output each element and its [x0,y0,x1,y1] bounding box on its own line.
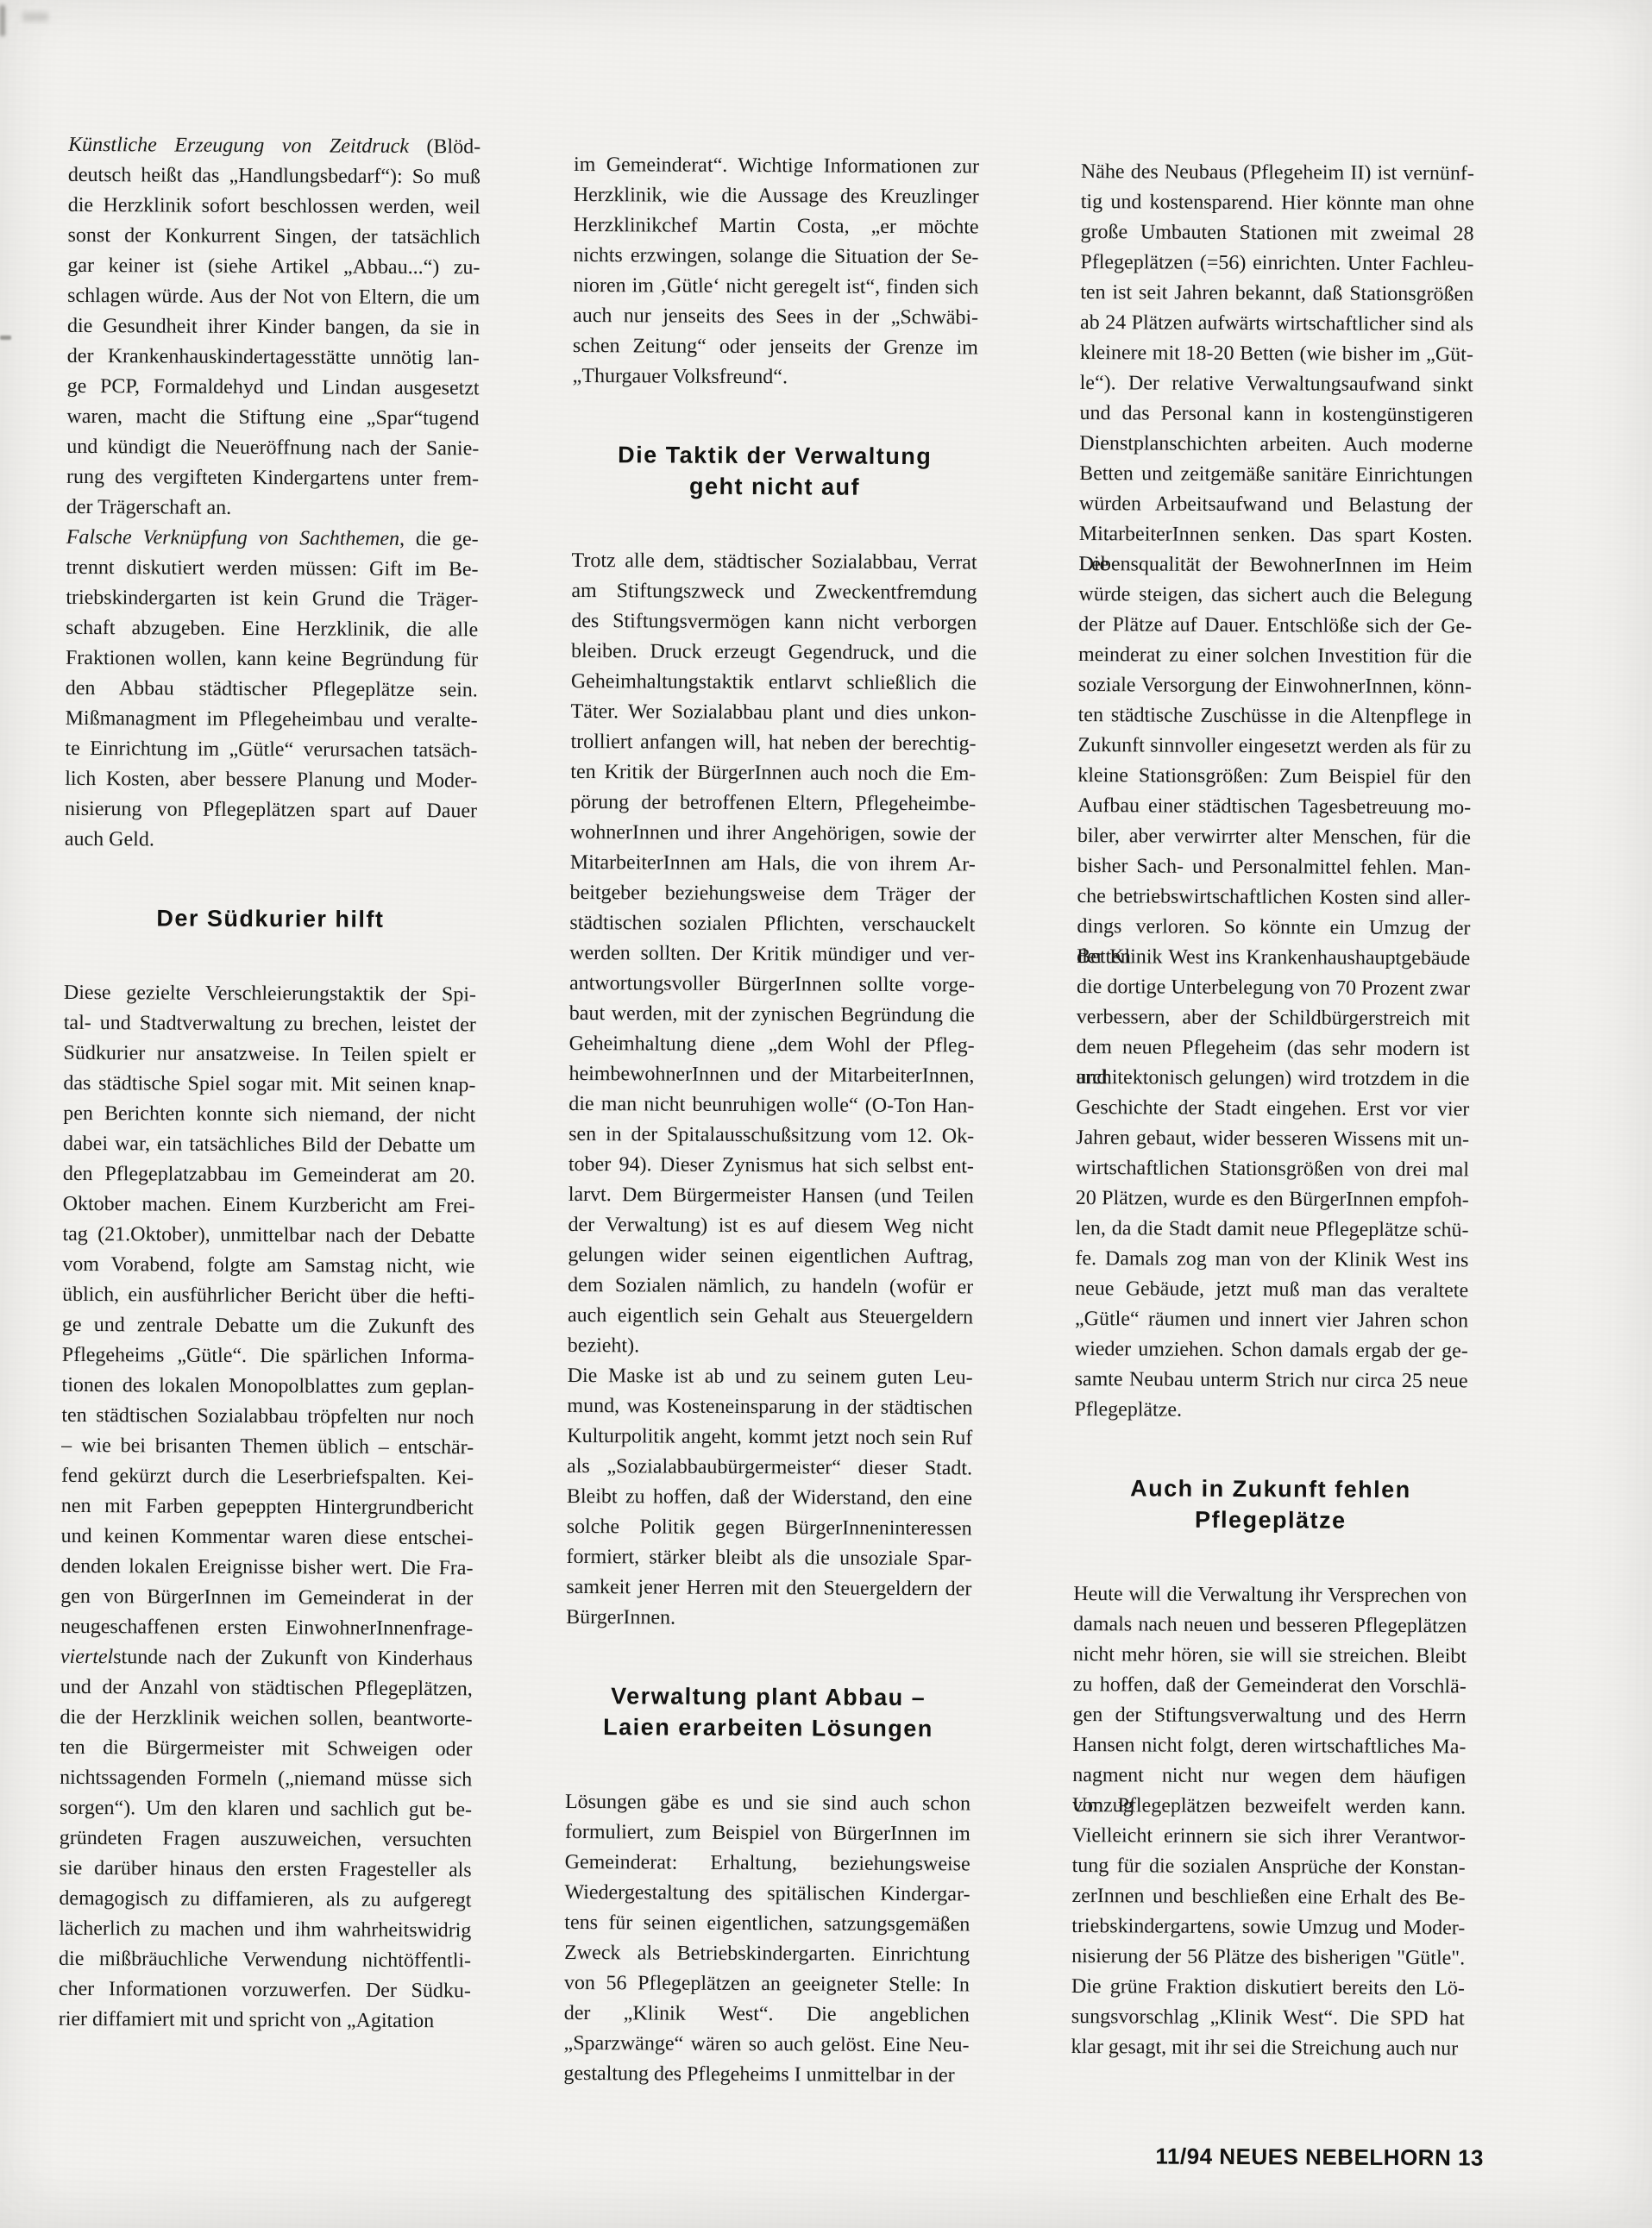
text-line: larvt. Dem Bürgermeister Hansen (und Tei… [568,1180,974,1212]
text-line: als „Sozialabbaubürgermeister“ dieser St… [567,1452,972,1484]
text-line: „Gütle“ räumen und innert vier Jahren sc… [1075,1304,1468,1336]
heading-line: Laien erarbeiten Lösungen [565,1711,970,1744]
text-line: die dortige Unterbelegung von 70 Prozent… [1077,972,1470,1004]
text-line: des Stiftungsvermögen kann nicht verborg… [571,606,977,638]
text-line: der Krankenhauskindertagesstätte unnötig… [67,342,480,374]
text-line: kleinere mit 18-20 Betten (wie bisher im… [1080,338,1473,370]
text-line: ge PCP, Formaldehyd und Lindan ausgesetz… [67,372,480,405]
text-line: würden Arbeitsaufwand und Belastung der [1079,489,1473,521]
text-line: tens für seinen eigentlichen, satzungsge… [564,1908,970,1940]
text-line: denden lokalen Ereignisse bisher wert. D… [60,1552,473,1585]
text-line: dabei war, ein tatsächliches Bild der De… [63,1129,475,1162]
text-line: Betten und zeitgemäße sanitäre Einrichtu… [1079,459,1473,491]
text-line: ten die Bürgermeister mit Schweigen oder [60,1733,472,1766]
text-line: dem neuen Pflegeheim (das sehr modern is… [1077,1032,1470,1064]
text-line: Kulturpolitik angeht, kommt jetzt noch s… [567,1422,972,1453]
text-line: Zukunft sinnvoller eingesetzt werden als… [1077,731,1471,763]
text-line: sorgen“). Um den klaren und sachlich gut… [60,1793,472,1826]
text-line: den Pflegeplatzabbau im Gemeinderat am 2… [63,1159,475,1192]
text-line: auch nur jenseits des Sees in der „Schwä… [573,301,978,333]
text-line: ten Kritik der BürgerInnen auch noch die… [570,757,976,789]
text-line: und das Personal kann in kostengünstiger… [1079,399,1473,430]
text-line: ten städtischen Sozialabbau tröpfelten n… [61,1401,474,1434]
text-line: zu hoffen, daß der Gemeinderat den Vorsc… [1073,1670,1467,1702]
text-line: Die grüne Fraktion diskutiert bereits de… [1071,1972,1465,2004]
text-line: Pflegeplätze. [1074,1395,1467,1427]
text-line: Wiedergestaltung des spitälischen Kinder… [564,1878,970,1910]
text-line: gen der Stiftungsverwaltung und des Herr… [1073,1700,1467,1732]
text-line: ten ist seit Jahren bekannt, daß Station… [1080,278,1473,310]
text-line: Lebensqualität der BewohnerInnen im Heim [1078,549,1472,581]
text-line: samkeit jener Herren mit den Steuergelde… [566,1572,971,1604]
text-line: nisierung der 56 Plätze des bisherigen "… [1071,1942,1465,1974]
text-line: demagogisch zu diffamieren, als zu aufge… [59,1884,471,1917]
text-line: waren, macht die Stiftung eine „Spar“tug… [66,402,479,435]
text-line: Gemeinderat: Erhaltung, beziehungsweise [565,1848,970,1880]
text-line: gestaltung des Pflegeheims I unmittelbar… [563,2059,969,2091]
text-line: architektonisch gelungen) wird trotzdem … [1076,1063,1469,1095]
text-line: nichts erzwingen, solange die Situation … [573,241,978,273]
text-line: gar keiner ist (siehe Artikel „Abbau...“… [67,251,480,284]
text-line: wirtschaftlichen Stationsgrößen von drei… [1076,1153,1469,1185]
text-line: wohnerInnen und ihrer Angehörigen, sowie… [570,818,976,850]
text-line: schen Zeitung“ oder jenseits der Grenze … [573,331,978,363]
text-line: te Einrichtung im „Gütle“ verursachen ta… [65,734,477,767]
text-line: kleine Stationsgrößen: Zum Beispiel für … [1077,761,1471,793]
text-line: soziale Versorgung der EinwohnerInnen, k… [1078,670,1472,702]
text-line: trolliert anfangen will, hat neben der b… [570,727,976,759]
text-line: tag (21.Oktober), unmittelbar nach der D… [62,1220,474,1252]
heading-line: geht nicht auf [572,470,977,503]
text-line: Bleibt zu hoffen, daß der Widerstand, de… [567,1482,972,1514]
text-line: Herzklinik, wie die Aussage des Kreuzlin… [574,180,979,212]
text-line: zerInnen und beschließen eine Erhalt des… [1071,1881,1465,1913]
text-line: von Pflegeplätzen bezweifelt werden kann… [1072,1791,1466,1823]
text-line: große Umbauten Stationen mit zweimal 28 [1081,217,1474,249]
paragraph: im Gemeinderat“. Wichtige Informationen … [573,150,979,393]
text-line: die man nicht beunruhigen wolle“ (O-Ton … [568,1089,974,1121]
text-line: cher Informationen vorzuwerfen. Der Südk… [59,1974,471,2007]
page-footer: 11/94 NEUES NEBELHORN 13 [1155,2143,1484,2171]
text-line: auch Geld. [65,825,477,857]
text-line: bisher Sach- und Personalmittel fehlen. … [1077,851,1471,883]
text-line: – wie bei brisanten Themen üblich – ents… [61,1431,474,1464]
text-line: pörung der betroffenen Eltern, Pflegehei… [570,788,976,819]
text-line: der Trägerschaft an. [66,493,479,525]
text-line: Geschichte der Stadt eingehen. Erst vor … [1076,1093,1469,1125]
text-line: tung für die sozialen Ansprüche der Kons… [1072,1851,1466,1883]
heading-line: Verwaltung plant Abbau – [566,1680,971,1713]
text-line: nichtssagenden Formeln („niemand müsse s… [60,1763,472,1796]
text-line: dem Sozialen nämlich, zu handeln (wofür … [568,1271,973,1302]
text-line: nagment nicht nur wegen dem häufigen Umz… [1072,1760,1466,1792]
text-line: und der Anzahl von städtischen Pflegeplä… [60,1673,473,1705]
text-line: Dienstplanschichten arbeiten. Auch moder… [1079,429,1473,461]
paragraph: Nähe des Neubaus (Pflegeheim II) ist ver… [1074,157,1474,1427]
text-line: schlagen würde. Aus der Not von Eltern, … [67,281,480,314]
heading-line: Die Taktik der Verwaltung [572,439,977,472]
text-line: Pflegeplätzen (=56) einrichten. Unter Fa… [1080,248,1473,279]
text-line: vom Vorabend, folgte am Samstag nicht, w… [62,1250,474,1283]
text-line: den Abbau städtischer Pflegeplätze sein. [66,674,478,706]
section-heading: Verwaltung plant Abbau –Laien erarbeiten… [565,1680,970,1744]
text-line: tober 94). Dieser Zynismus hat sich selb… [568,1150,974,1182]
text-line: nen mit Farben gepeppten Hintergrundberi… [61,1491,474,1524]
text-line: lich Kosten, aber bessere Planung und Mo… [65,764,477,797]
text-line: städtischen sozialen Pflichten, verschau… [569,908,975,940]
text-line: Herzklinikchef Martin Costa, „er möchte [574,210,979,242]
text-line: üblich, ein ausführlicher Bericht über d… [62,1280,474,1313]
text-line: Zweck als Betriebskindergarten. Einricht… [564,1938,970,1970]
paragraph: Künstliche Erzeugung von Zeitdruck (Blöd… [66,130,481,524]
text-line: meinderat zu einer solchen Investition f… [1078,640,1472,672]
text-line: gründeten Fragen auszuweichen, versuchte… [60,1823,472,1856]
text-line: werden sollten. Der Kritik mündiger und … [569,938,975,970]
scanned-newspaper-page: Künstliche Erzeugung von Zeitdruck (Blöd… [0,0,1652,2228]
paragraph: Diese gezielte Verschleierungstaktik der… [59,978,476,2037]
text-line: der „Klinik West“. Die angeblichen [564,1999,970,2030]
text-line: antwortungsvoller BürgerInnen sollte vor… [569,969,975,1001]
text-line: schaft abzugeben. Eine Herzklinik, die a… [66,613,478,646]
text-line: der Verwaltung) ist es auf diesem Weg ni… [568,1210,973,1242]
text-line: Geheimhaltungstaktik entlarvt schließlic… [571,667,977,699]
text-line: samte Neubau unterm Strich nur circa 25 … [1075,1365,1468,1396]
text-line: mund, was Kosteneinsparung in der städti… [567,1391,972,1423]
text-line: Jahren gebaut, wider besseren Wissens mi… [1076,1123,1469,1155]
text-line: Lösungen gäbe es und sie sind auch schon [565,1787,970,1819]
text-line: dings verloren. So könnte ein Umzug der … [1077,912,1470,944]
text-line: fend gekürzt durch die Leserbriefspalten… [61,1461,474,1494]
text-line: tal- und Stadtverwaltung zu brechen, lei… [64,1008,476,1041]
text-line: tionen des lokalen Monopolblattes zum ge… [61,1371,474,1403]
text-line: ge und zentrale Debatte um die Zukunft d… [62,1310,474,1343]
text-line: Vielleicht erinnern sie sich ihrer Veran… [1072,1821,1466,1853]
heading-line: Pflegeplätze [1074,1503,1467,1536]
text-line: Nähe des Neubaus (Pflegeheim II) ist ver… [1081,157,1474,189]
section-heading: Der Südkurier hilft [64,902,476,936]
text-line: baut werden, mit der zynischen Begründun… [569,999,975,1031]
text-line: im Gemeinderat“. Wichtige Informationen … [574,150,979,182]
text-line: len, da die Stadt damit neue Pflegeplätz… [1075,1214,1468,1246]
text-line: triebskindergarten ist kein Grund die Tr… [66,583,478,616]
text-line: Heute will die Verwaltung ihr Verspreche… [1073,1579,1467,1611]
text-line: fe. Damals zog man von der Klinik West i… [1075,1244,1468,1276]
paragraph: Lösungen gäbe es und sie sind auch schon… [563,1787,970,2091]
text-line: Pflegeheims „Gütle“. Die spärlichen Info… [62,1340,474,1373]
text-line: MitarbeiterInnen senken. Das spart Koste… [1079,519,1473,551]
text-line: deutsch heißt das „Handlungsbedarf“): So… [68,160,481,193]
text-line: pen Berichten konnte sich niemand, der n… [63,1099,475,1132]
article-body: Künstliche Erzeugung von Zeitdruck (Blöd… [0,0,1652,2228]
text-line: ab 24 Plätzen aufwärts wirtschaftlicher … [1080,308,1473,340]
text-line: auch eigentlich sein Gehalt aus Steuerge… [568,1301,973,1333]
text-line: biler, aber verwirrter alter Menschen, f… [1077,821,1471,853]
text-line: sonst der Konkurrent Singen, der tatsäch… [67,221,480,254]
text-line: „Sparzwänge“ wären so auch gelöst. Eine … [563,2029,969,2061]
text-line: le“). Der relative Verwaltungsaufwand si… [1080,368,1473,400]
text-line: formiert, stärker bleibt als die unsozia… [566,1542,971,1574]
text-line: rung des vergifteten Kindergartens unter… [66,462,479,495]
text-line: Diese gezielte Verschleierungstaktik der… [64,978,476,1011]
text-line: trennt diskutiert werden müssen: Gift im… [66,553,478,586]
text-line: nioren im ‚Gütle‘ nicht geregelt ist“, f… [573,271,978,303]
text-line: Täter. Wer Sozialabbau plant und dies un… [571,697,977,729]
text-line: der Plätze auf Dauer. Entschlöße sich de… [1078,610,1472,642]
text-line: 20 Plätzen, wurde es den BürgerInnen emp… [1076,1183,1469,1215]
heading-line: Der Südkurier hilft [64,902,476,936]
paragraph: Trotz alle dem, städtischer Sozialabbau,… [568,546,977,1363]
text-line: che betriebswirtschaftlichen Kosten sind… [1077,882,1470,913]
article-column-1: Künstliche Erzeugung von Zeitdruck (Blöd… [59,130,481,2037]
text-line: gen von BürgerInnen im Gemeinderat in de… [60,1582,473,1615]
text-line: beitgeber beziehungsweise dem Träger der [569,878,975,910]
text-line: Hansen nicht folgt, deren wirtschaftlich… [1072,1730,1466,1762]
text-line: nicht mehr hören, sie will sie streichen… [1073,1640,1467,1672]
text-line: Geheimhaltung diene „dem Wohl der Pfleg- [569,1029,975,1061]
text-line: viertelstunde nach der Zukunft von Kinde… [60,1642,473,1675]
text-line: wieder umziehen. Schon damals ergab der … [1075,1334,1468,1366]
text-line: bleiben. Druck erzeugt Gegendruck, und d… [571,637,977,668]
text-line: Fraktionen wollen, kann keine Begründung… [66,643,478,676]
text-line: Südkurier nur ansatzweise. In Teilen spi… [64,1039,476,1071]
text-line: gelungen wider seinen eigentlichen Auftr… [568,1240,973,1272]
text-line: das städtische Spiel sogar mit. Mit sein… [63,1069,475,1101]
text-line: Künstliche Erzeugung von Zeitdruck (Blöd… [68,130,481,163]
paragraph: Heute will die Verwaltung ihr Verspreche… [1071,1579,1467,2064]
text-line: Die Maske ist ab und zu seinem guten Leu… [568,1361,973,1393]
text-line: heimbewohnerInnen und der MitarbeiterInn… [568,1059,974,1091]
text-line: von 56 Pflegeplätzen an geeigneter Stell… [564,1968,970,2000]
text-line: MitarbeiterInnen am Hals, die von ihrem … [570,848,976,880]
text-line: die Gesundheit ihrer Kinder bangen, da s… [67,311,480,344]
text-line: „Thurgauer Volksfreund“. [573,361,978,393]
text-line: die der Herzklinik weichen sollen, beant… [60,1703,472,1735]
text-line: ten städtische Zuschüsse in die Altenpfl… [1078,700,1472,732]
text-line: Falsche Verknüpfung von Sachthemen, die … [66,523,479,555]
text-line: bezieht). [568,1331,973,1363]
text-line: sie darüber hinaus den ersten Fragestell… [60,1854,472,1886]
text-line: klar gesagt, mit ihr sei die Streichung … [1071,2032,1464,2064]
text-line: sungsvorschlag „Klinik West“. Die SPD ha… [1071,2002,1465,2034]
text-line: rier diffamiert mit und spricht von „Agi… [59,2005,471,2037]
article-column-3: Nähe des Neubaus (Pflegeheim II) ist ver… [1071,157,1474,2064]
text-line: der Klinik West ins Krankenhaushauptgebä… [1077,942,1470,974]
section-heading: Die Taktik der Verwaltunggeht nicht auf [572,439,977,503]
text-line: die mißbräuchliche Verwendung nichtöffen… [59,1944,471,1977]
paragraph: Falsche Verknüpfung von Sachthemen, die … [65,523,479,857]
text-line: Trotz alle dem, städtischer Sozialabbau,… [571,546,977,578]
text-line: lächerlich zu machen und ihm wahrheitswi… [59,1914,471,1947]
text-line: BürgerInnen. [566,1603,971,1635]
article-column-2: im Gemeinderat“. Wichtige Informationen … [563,150,979,2091]
text-line: triebskindergartens, sowie Umzug und Mod… [1071,1911,1465,1943]
text-line: neugeschaffenen ersten EinwohnerInnenfra… [60,1612,473,1645]
heading-line: Auch in Zukunft fehlen [1074,1472,1467,1505]
text-line: die Herzklinik sofort beschlossen werden… [68,191,481,223]
text-line: nisierung von Pflegeplätzen spart auf Da… [65,794,477,827]
text-line: neue Gebäude, jetzt muß man das veraltet… [1075,1274,1468,1306]
text-line: Aufbau einer städtischen Tagesbetreuung … [1077,791,1471,823]
paragraph: Die Maske ist ab und zu seinem guten Leu… [566,1361,973,1635]
text-line: und kündigt die Neueröffnung nach der Sa… [66,432,479,465]
text-line: tig und kostensparend. Hier könnte man o… [1081,187,1474,219]
text-line: verbessern, aber der Schildbürgerstreich… [1077,1002,1470,1034]
text-line: und keinen Kommentar waren diese entsche… [61,1522,474,1554]
text-line: sen in der Spitalausschußsitzung vom 12.… [568,1120,974,1152]
section-heading: Auch in Zukunft fehlenPflegeplätze [1074,1472,1467,1536]
text-line: solche Politik gegen BürgerInneninteress… [567,1512,972,1544]
text-line: damals nach neuen und besseren Pflegeplä… [1073,1610,1467,1641]
text-line: Mißmanagment im Pflegeheimbau und veralt… [66,704,478,737]
text-line: formuliert, zum Beispiel von BürgerInnen… [565,1817,970,1849]
text-line: würde steigen, das sichert auch die Bele… [1078,580,1472,612]
text-line: Oktober machen. Einem Kurzbericht am Fre… [63,1189,475,1222]
text-line: am Stiftungszweck und Zweckentfremdung [571,576,977,608]
